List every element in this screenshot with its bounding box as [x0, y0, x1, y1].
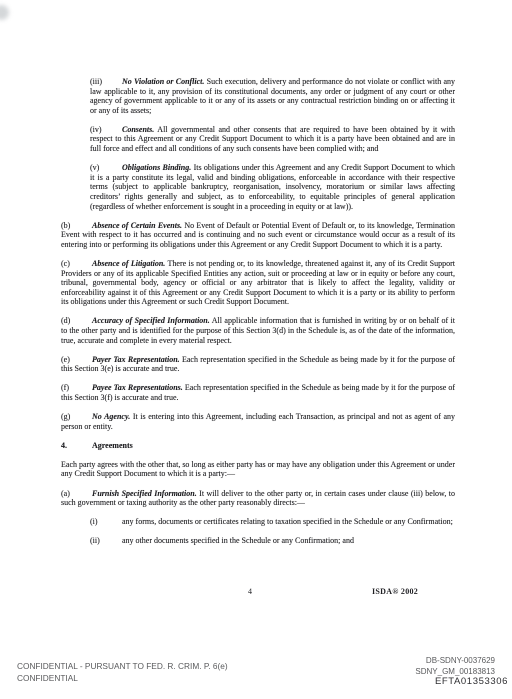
clause-3a-v: (v)Obligations Binding. Its obligations …	[90, 163, 455, 211]
production-numbers: DB-SDNY-0037629 SDNY_GM_00183813	[415, 656, 495, 677]
clause-title: No Violation or Conflict.	[122, 77, 204, 86]
clause-3b: (b)Absence of Certain Events. No Event o…	[61, 221, 455, 250]
clause-label: (i)	[90, 517, 122, 527]
clause-label: (d)	[61, 316, 92, 326]
section-title: Agreements	[92, 441, 133, 450]
clause-3a-iv: (iv)Consents. All governmental and other…	[90, 125, 455, 154]
page-number: 4	[240, 587, 260, 596]
clause-title: Consents.	[122, 125, 154, 134]
clause-label: (iii)	[90, 77, 122, 87]
clause-title: Payer Tax Representation.	[92, 355, 180, 364]
clause-title: Absence of Certain Events.	[92, 221, 182, 230]
confidentiality-line-1: CONFIDENTIAL - PURSUANT TO FED. R. CRIM.…	[17, 661, 228, 673]
clause-label: (f)	[61, 383, 92, 393]
section-4-heading: 4.Agreements	[61, 441, 455, 451]
confidentiality-line-2: CONFIDENTIAL	[17, 673, 228, 685]
clause-label: (iv)	[90, 125, 122, 135]
clause-title: Obligations Binding.	[122, 163, 191, 172]
clause-label: (g)	[61, 412, 92, 422]
clause-title: Accuracy of Specified Information.	[92, 316, 210, 325]
clause-3e: (e)Payer Tax Representation. Each repres…	[61, 355, 455, 374]
clause-4a: (a)Furnish Specified Information. It wil…	[61, 489, 455, 508]
clause-label: (e)	[61, 355, 92, 365]
clause-4a-ii: (ii)any other documents specified in the…	[90, 536, 455, 546]
clause-3a-iii: (iii)No Violation or Conflict. Such exec…	[90, 77, 455, 115]
clause-label: (c)	[61, 259, 92, 269]
bates-number: EFTA01353306	[435, 676, 508, 687]
section-4-intro: Each party agrees with the other that, s…	[61, 460, 455, 479]
clause-3g: (g)No Agency. It is entering into this A…	[61, 412, 455, 431]
clause-4a-i: (i)any forms, documents or certificates …	[90, 517, 455, 527]
clause-label: (v)	[90, 163, 122, 173]
isda-copyright-mark: ISDA® 2002	[372, 587, 418, 596]
scanned-document-page: (iii)No Violation or Conflict. Such exec…	[0, 0, 512, 699]
clause-title: Absence of Litigation.	[92, 259, 165, 268]
clause-3f: (f)Payee Tax Representations. Each repre…	[61, 383, 455, 402]
clause-label: (a)	[61, 489, 92, 499]
clause-text: any other documents specified in the Sch…	[122, 536, 354, 545]
clause-title: Payee Tax Representations.	[92, 383, 183, 392]
production-number-1: DB-SDNY-0037629	[415, 656, 495, 667]
clause-text: any forms, documents or certificates rel…	[122, 517, 453, 526]
clause-3d: (d)Accuracy of Specified Information. Al…	[61, 316, 455, 345]
confidentiality-stamp: CONFIDENTIAL - PURSUANT TO FED. R. CRIM.…	[17, 661, 228, 684]
intro-text: Each party agrees with the other that, s…	[61, 460, 455, 479]
document-body: (iii)No Violation or Conflict. Such exec…	[61, 77, 455, 555]
clause-3c: (c)Absence of Litigation. There is not p…	[61, 259, 455, 307]
section-number: 4.	[61, 441, 92, 451]
clause-title: Furnish Specified Information.	[92, 489, 197, 498]
clause-label: (ii)	[90, 536, 122, 546]
clause-title: No Agency.	[92, 412, 130, 421]
scan-artifact	[0, 5, 9, 20]
clause-label: (b)	[61, 221, 92, 231]
